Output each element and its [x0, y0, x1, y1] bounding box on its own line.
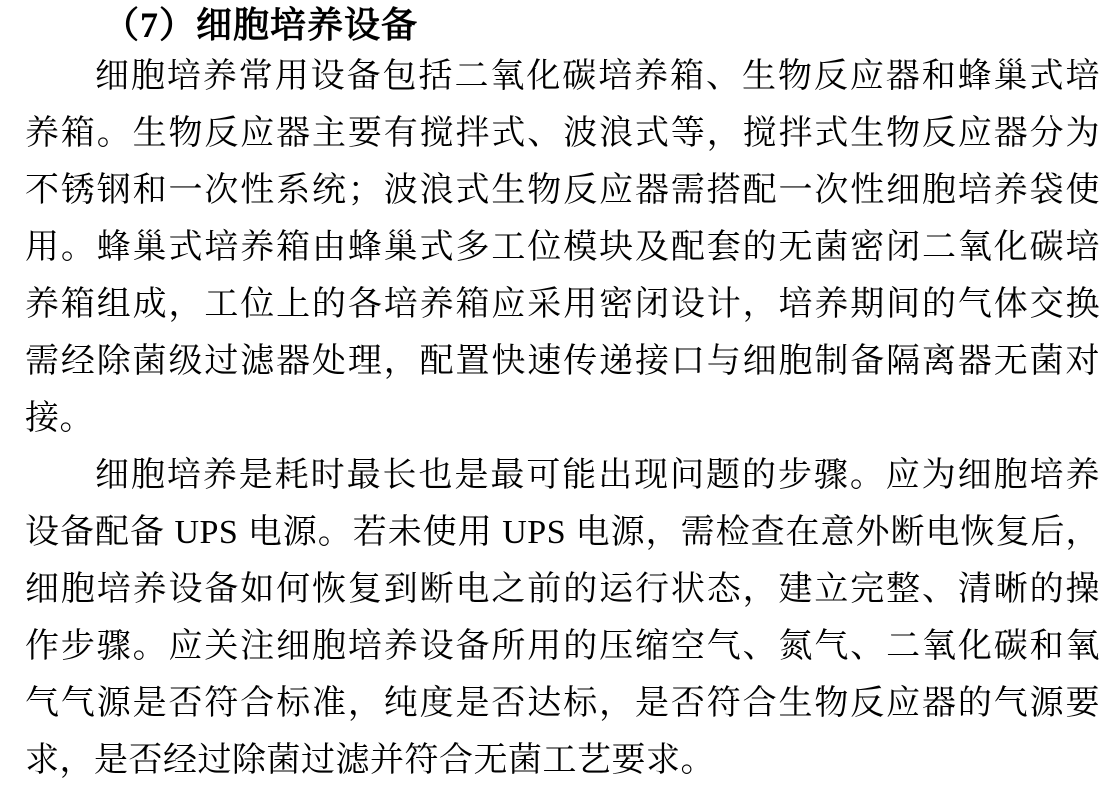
text-line: 设备配备 UPS 电源。若未使用 UPS 电源，需检查在意外断电恢复后，: [25, 504, 1100, 561]
text-line: 用。蜂巢式培养箱由蜂巢式多工位模块及配套的无菌密闭二氧化碳培: [25, 219, 1100, 276]
text-line: 不锈钢和一次性系统；波浪式生物反应器需搭配一次性细胞培养袋使: [25, 162, 1100, 219]
text-line: 求，是否经过除菌过滤并符合无菌工艺要求。: [25, 732, 1100, 789]
text-line: 细胞培养设备如何恢复到断电之前的运行状态，建立完整、清晰的操: [25, 561, 1100, 618]
text-line: 细胞培养是耗时最长也是最可能出现问题的步骤。应为细胞培养: [25, 447, 1100, 504]
text-body: 细胞培养常用设备包括二氧化碳培养箱、生物反应器和蜂巢式培养箱。生物反应器主要有搅…: [25, 48, 1100, 789]
text-line: 细胞培养常用设备包括二氧化碳培养箱、生物反应器和蜂巢式培: [25, 48, 1100, 105]
text-line: 养箱组成，工位上的各培养箱应采用密闭设计，培养期间的气体交换: [25, 276, 1100, 333]
document-page: （7）细胞培养设备 细胞培养常用设备包括二氧化碳培养箱、生物反应器和蜂巢式培养箱…: [0, 0, 1120, 792]
text-line: 气气源是否符合标准，纯度是否达标，是否符合生物反应器的气源要: [25, 675, 1100, 732]
section-heading: （7）细胞培养设备: [25, 2, 1100, 48]
text-line: 养箱。生物反应器主要有搅拌式、波浪式等，搅拌式生物反应器分为: [25, 105, 1100, 162]
text-line: 需经除菌级过滤器处理，配置快速传递接口与细胞制备隔离器无菌对: [25, 333, 1100, 390]
text-line: 接。: [25, 390, 1100, 447]
text-line: 作步骤。应关注细胞培养设备所用的压缩空气、氮气、二氧化碳和氧: [25, 618, 1100, 675]
